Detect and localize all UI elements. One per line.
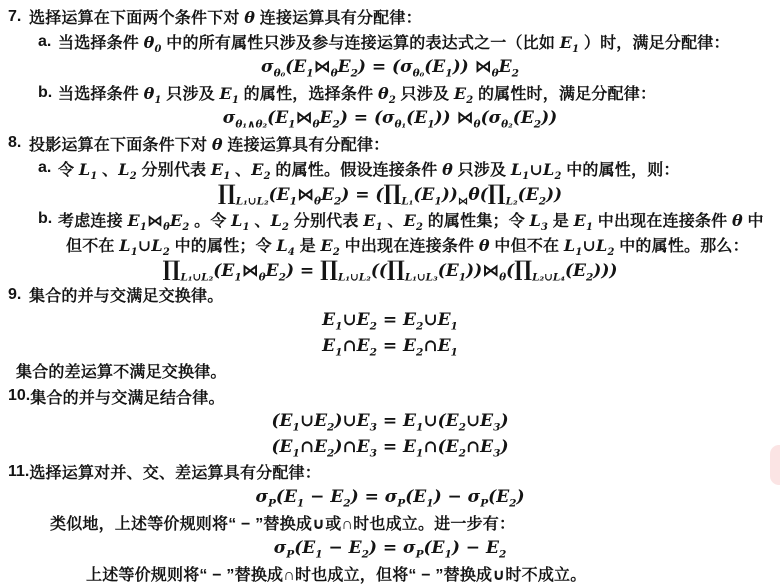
formula-11-further: σP(E1 − E2) = σP(E1) − E2 xyxy=(0,535,780,560)
formula-11-distribute: σP(E1 − E2) = σP(E1) − σP(E2) xyxy=(0,485,780,510)
item-number: 10. xyxy=(8,387,30,405)
item-9-heading: 9.集合的并与交满足交换律。 xyxy=(0,282,780,307)
line-text: 上述等价规则将“ − ”替换成∩时也成立，但将“ − ”替换成∪时不成立。 xyxy=(86,562,586,585)
formula-9-intersect: E1∩E2 = E2∩E1 xyxy=(0,333,780,358)
line-text: 但不在 L1∪L2 中的属性；令 L4 是 E2 中出现在连接条件 θ 中但不在… xyxy=(66,233,749,256)
math-formula: σP(E1 − E2) = σP(E1) − E2 xyxy=(274,538,507,558)
line-text: 选择运算对并、交、差运算具有分配律： xyxy=(29,460,321,483)
item-7b-text: b.当选择条件 θ1 只涉及 E1 的属性，选择条件 θ2 只涉及 E2 的属性… xyxy=(0,80,780,105)
math-formula: σθ₀(E1⋈θE2) = (σθ₀(E1)) ⋈θE2 xyxy=(261,57,519,77)
formula-8a: ∏L₁∪L₂(E1⋈θE2) = (∏L₁(E1))⋈θ(∏L₂(E2)) xyxy=(0,181,780,206)
item-7-heading: 7.选择运算在下面两个条件下对 θ 连接运算具有分配律： xyxy=(0,4,780,29)
item-8b-text-1: b.考虑连接 E1⋈θE2 。令 L1 、L2 分别代表 E1 、E2 的属性集… xyxy=(0,206,780,231)
book-page: 7.选择运算在下面两个条件下对 θ 连接运算具有分配律：a.当选择条件 θ0 中… xyxy=(0,0,780,585)
math-formula: (E1∪E2)∪E3 = E1∪(E2∪E3) xyxy=(272,411,509,431)
line-text: 当选择条件 θ0 中的所有属性只涉及参与连接运算的表达式之一（比如 E1 ）时，… xyxy=(58,30,730,53)
math-formula: σθ₁∧θ₂(E1⋈θE2) = (σθ₁(E1)) ⋈θ(σθ₂(E2)) xyxy=(223,108,557,128)
item-number: a. xyxy=(38,159,58,177)
item-8-heading: 8.投影运算在下面条件下对 θ 连接运算具有分配律： xyxy=(0,130,780,155)
item-number: 7. xyxy=(8,8,29,26)
line-text: 集合的并与交满足交换律。 xyxy=(29,283,223,306)
note-final: 上述等价规则将“ − ”替换成∩时也成立，但将“ − ”替换成∪时不成立。 xyxy=(0,561,780,585)
item-11-heading: 11.选择运算对并、交、差运算具有分配律： xyxy=(0,459,780,484)
note-difference-not-commutative: 集合的差运算不满足交换律。 xyxy=(0,358,780,383)
formula-10-union: (E1∪E2)∪E3 = E1∪(E2∪E3) xyxy=(0,409,780,434)
item-10-heading: 10.集合的并与交满足结合律。 xyxy=(0,383,780,408)
item-number: a. xyxy=(38,33,58,51)
formula-7b: σθ₁∧θ₂(E1⋈θE2) = (σθ₁(E1)) ⋈θ(σθ₂(E2)) xyxy=(0,105,780,130)
line-text: 选择运算在下面两个条件下对 θ 连接运算具有分配律： xyxy=(29,5,422,28)
formula-7a: σθ₀(E1⋈θE2) = (σθ₀(E1)) ⋈θE2 xyxy=(0,55,780,80)
line-text: 当选择条件 θ1 只涉及 E1 的属性，选择条件 θ2 只涉及 E2 的属性时，… xyxy=(58,81,656,104)
math-formula: σP(E1 − E2) = σP(E1) − σP(E2) xyxy=(255,487,524,507)
item-8b-text-2: 但不在 L1∪L2 中的属性；令 L4 是 E2 中出现在连接条件 θ 中但不在… xyxy=(0,232,780,257)
formula-10-intersect: (E1∩E2)∩E3 = E1∩(E2∩E3) xyxy=(0,434,780,459)
item-number: 11. xyxy=(8,463,29,481)
line-text: 考虑连接 E1⋈θE2 。令 L1 、L2 分别代表 E1 、E2 的属性集；令… xyxy=(58,208,764,231)
line-text: 类似地，上述等价规则将“ − ”替换成∪或∩时也成立。进一步有： xyxy=(50,511,515,534)
math-formula: E1∩E2 = E2∩E1 xyxy=(322,336,458,356)
line-text: 集合的差运算不满足交换律。 xyxy=(16,359,227,382)
item-number: 9. xyxy=(8,286,29,304)
formula-8b: ∏L₁∪L₂(E1⋈θE2) = ∏L₁∪L₂((∏L₁∪L₃(E1))⋈θ(∏… xyxy=(0,257,780,282)
line-text: 投影运算在下面条件下对 θ 连接运算具有分配律： xyxy=(29,132,389,155)
item-7a-text: a.当选择条件 θ0 中的所有属性只涉及参与连接运算的表达式之一（比如 E1 ）… xyxy=(0,29,780,54)
highlight-tab-decoration xyxy=(770,445,780,485)
math-formula: (E1∩E2)∩E3 = E1∩(E2∩E3) xyxy=(272,437,509,457)
note-similarly: 类似地，上述等价规则将“ − ”替换成∪或∩时也成立。进一步有： xyxy=(0,510,780,535)
item-number: b. xyxy=(38,210,58,228)
line-text: 集合的并与交满足结合律。 xyxy=(30,385,224,408)
math-formula: ∏L₁∪L₂(E1⋈θE2) = ∏L₁∪L₂((∏L₁∪L₃(E1))⋈θ(∏… xyxy=(163,257,618,282)
math-formula: ∏L₁∪L₂(E1⋈θE2) = (∏L₁(E1))⋈θ(∏L₂(E2)) xyxy=(218,181,562,206)
formula-9-union: E1∪E2 = E2∪E1 xyxy=(0,308,780,333)
document-content: 7.选择运算在下面两个条件下对 θ 连接运算具有分配律：a.当选择条件 θ0 中… xyxy=(0,4,780,585)
item-number: 8. xyxy=(8,134,29,152)
line-text: 令 L1 、L2 分别代表 E1 、E2 的属性。假设连接条件 θ 只涉及 L1… xyxy=(58,157,680,180)
item-number: b. xyxy=(38,84,58,102)
math-formula: E1∪E2 = E2∪E1 xyxy=(322,310,458,330)
item-8a-text: a.令 L1 、L2 分别代表 E1 、E2 的属性。假设连接条件 θ 只涉及 … xyxy=(0,156,780,181)
